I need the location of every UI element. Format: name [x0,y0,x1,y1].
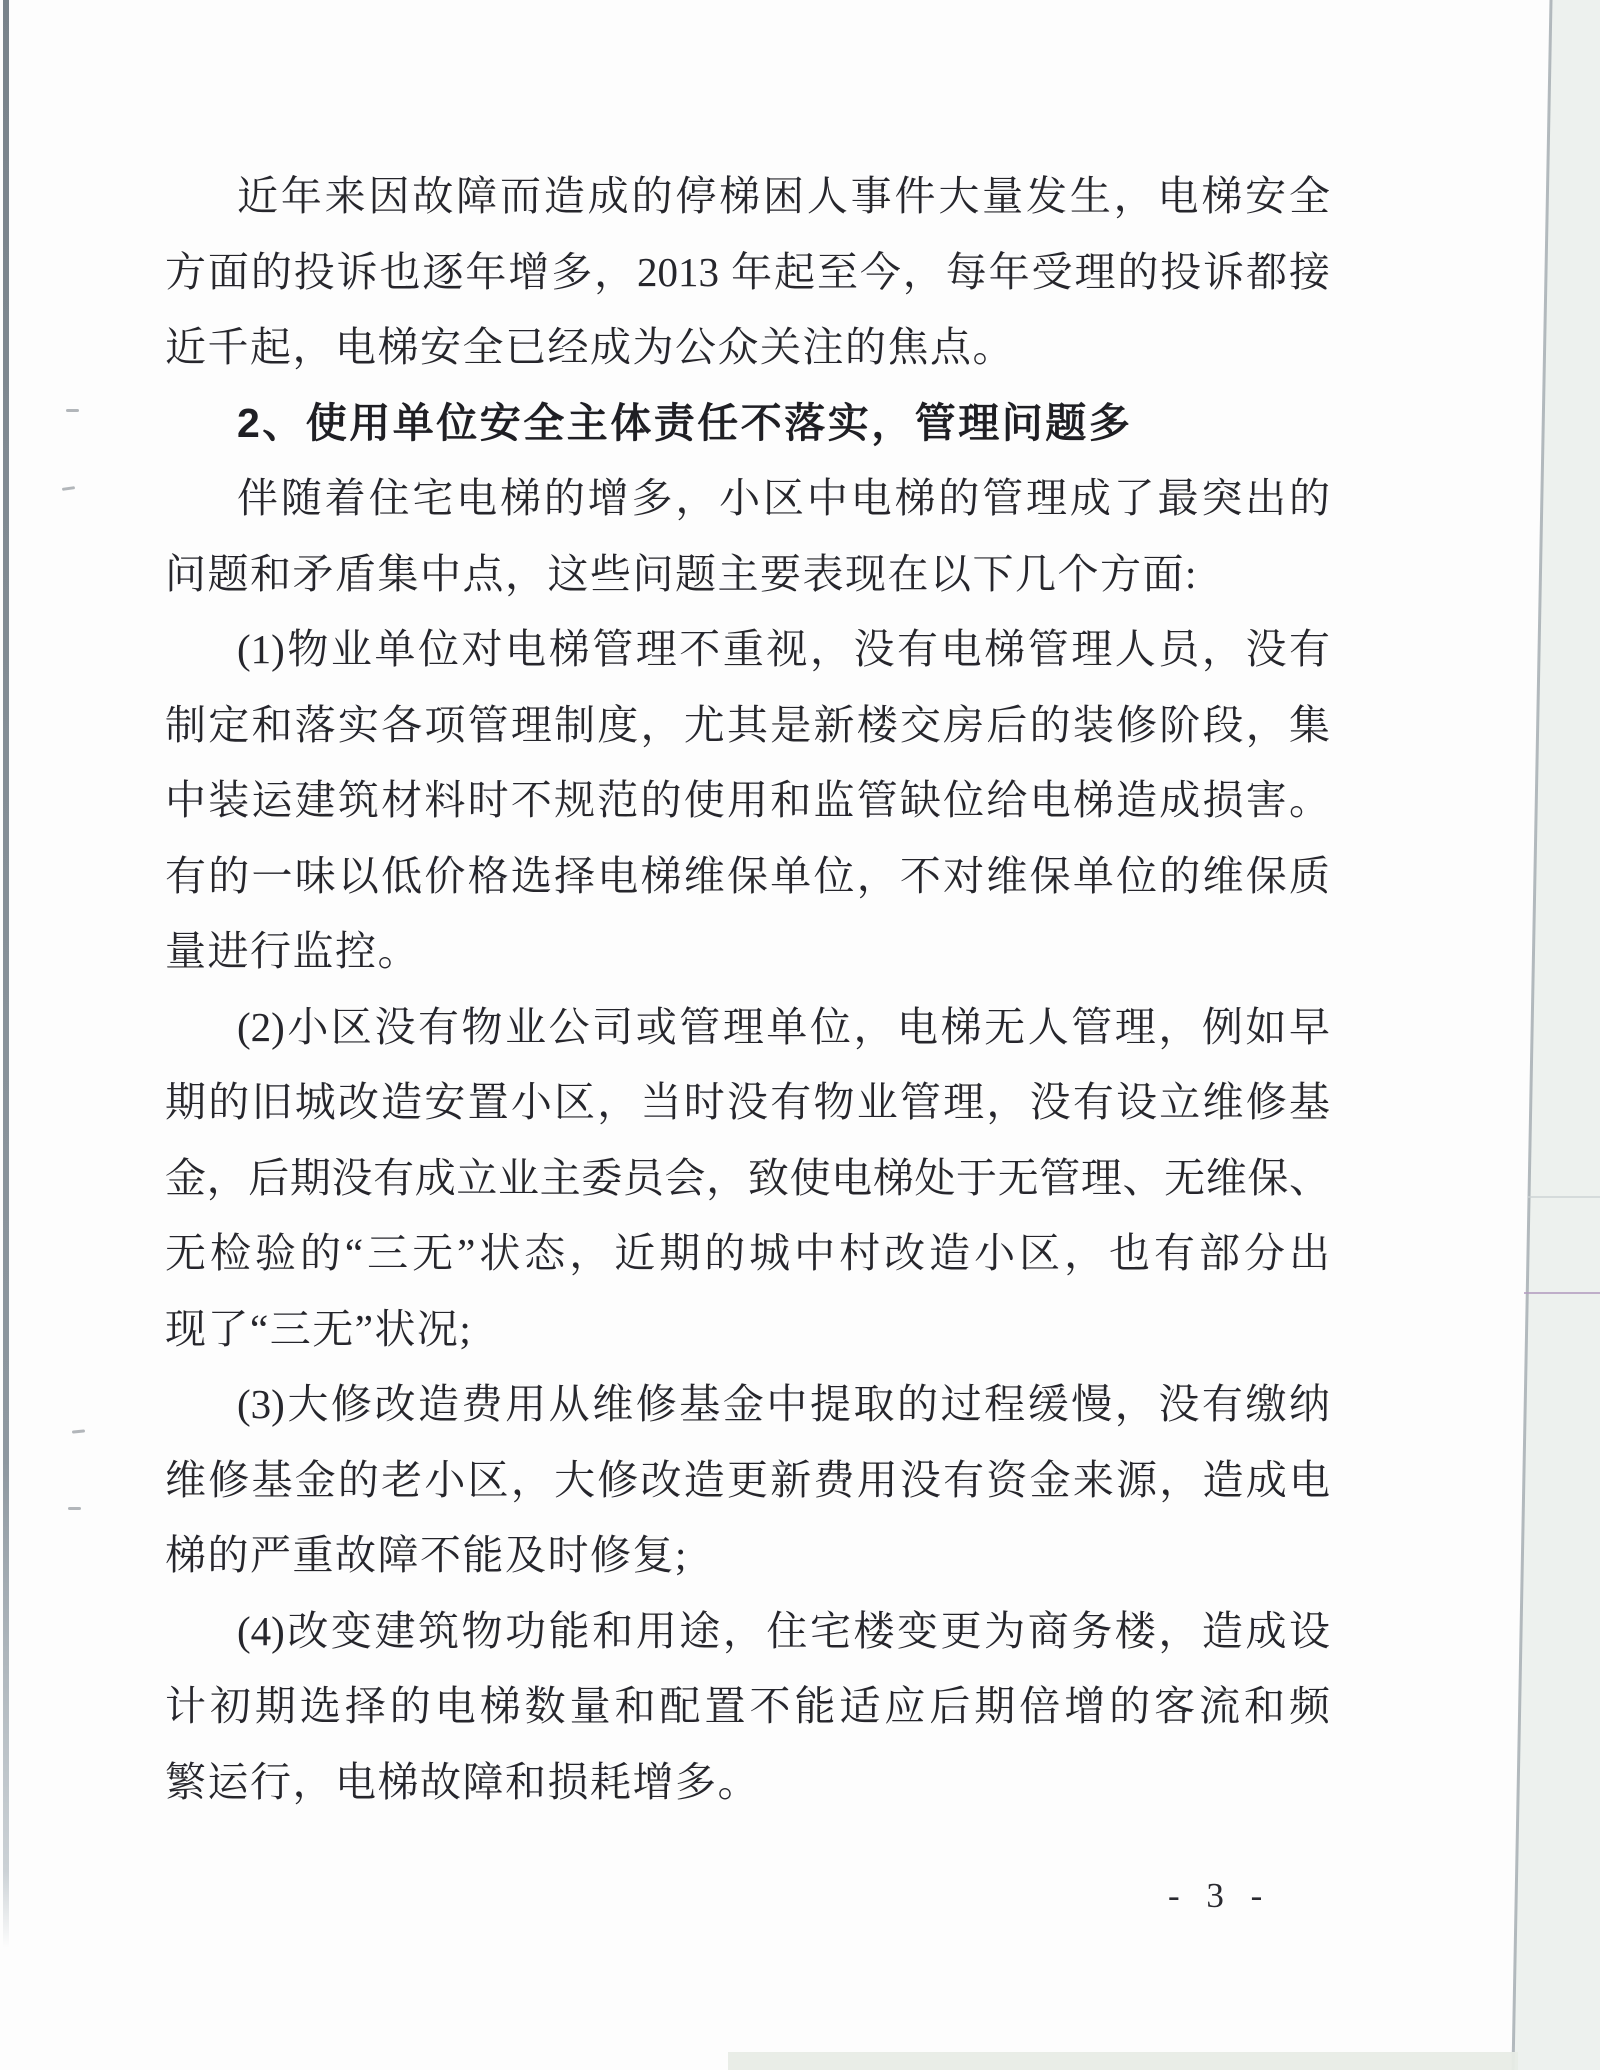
page-number: - 3 - [1168,1876,1265,1916]
text-line: (3)大修改造费用从维修基金中提取的过程缓慢，没有缴纳 [165,1367,1330,1443]
text-line: 量进行监控。 [165,914,1330,990]
pencil-mark [68,1507,81,1510]
text-line: (4)改变建筑物功能和用途，住宅楼变更为商务楼，造成设 [165,1594,1330,1670]
text-line: 无检验的“三无”状态，近期的城中村改造小区，也有部分出 [165,1216,1330,1292]
text-line: 计初期选择的电梯数量和配置不能适应后期倍增的客流和频 [165,1669,1330,1745]
text-line: 维修基金的老小区，大修改造更新费用没有资金来源，造成电 [165,1443,1330,1519]
text-line: 有的一味以低价格选择电梯维保单位，不对维保单位的维保质 [165,839,1330,915]
document-page: 近年来因故障而造成的停梯困人事件大量发生，电梯安全 方面的投诉也逐年增多，201… [0,0,1600,2070]
scan-edge-line-right [1513,0,1551,2070]
text-line: (1)物业单位对电梯管理不重视，没有电梯管理人员，没有 [165,612,1330,688]
text-line: 梯的严重故障不能及时修复; [165,1518,1330,1594]
text-line: (2)小区没有物业公司或管理单位，电梯无人管理，例如早 [165,990,1330,1066]
text-line: 近千起，电梯安全已经成为公众关注的焦点。 [165,310,1330,386]
text-line: 问题和矛盾集中点，这些问题主要表现在以下几个方面: [165,537,1330,613]
text-line: 制定和落实各项管理制度，尤其是新楼交房后的装修阶段，集 [165,688,1330,764]
text-line: 伴随着住宅电梯的增多，小区中电梯的管理成了最突出的 [165,461,1330,537]
text-line: 繁运行，电梯故障和损耗增多。 [165,1745,1330,1821]
text-line: 方面的投诉也逐年增多，2013 年起至今，每年受理的投诉都接 [165,235,1330,311]
scan-band-bottom [728,2052,1518,2070]
text-line: 近年来因故障而造成的停梯困人事件大量发生，电梯安全 [165,159,1330,235]
text-line: 期的旧城改造安置小区，当时没有物业管理，没有设立维修基 [165,1065,1330,1141]
scan-edge-line-left [3,0,9,1948]
text-line: 现了“三无”状况; [165,1292,1330,1368]
pencil-mark [72,1429,85,1433]
scan-edge-strip-right [1513,0,1600,2070]
pencil-mark [66,409,79,412]
text-line: 金，后期没有成立业主委员会，致使电梯处于无管理、无维保、 [165,1141,1330,1217]
document-body: 近年来因故障而造成的停梯困人事件大量发生，电梯安全 方面的投诉也逐年增多，201… [165,159,1330,1820]
section-heading: 2、使用单位安全主体责任不落实，管理问题多 [165,386,1330,462]
pencil-mark [62,486,75,491]
text-line: 中装运建筑材料时不规范的使用和监管缺位给电梯造成损害。 [165,763,1330,839]
